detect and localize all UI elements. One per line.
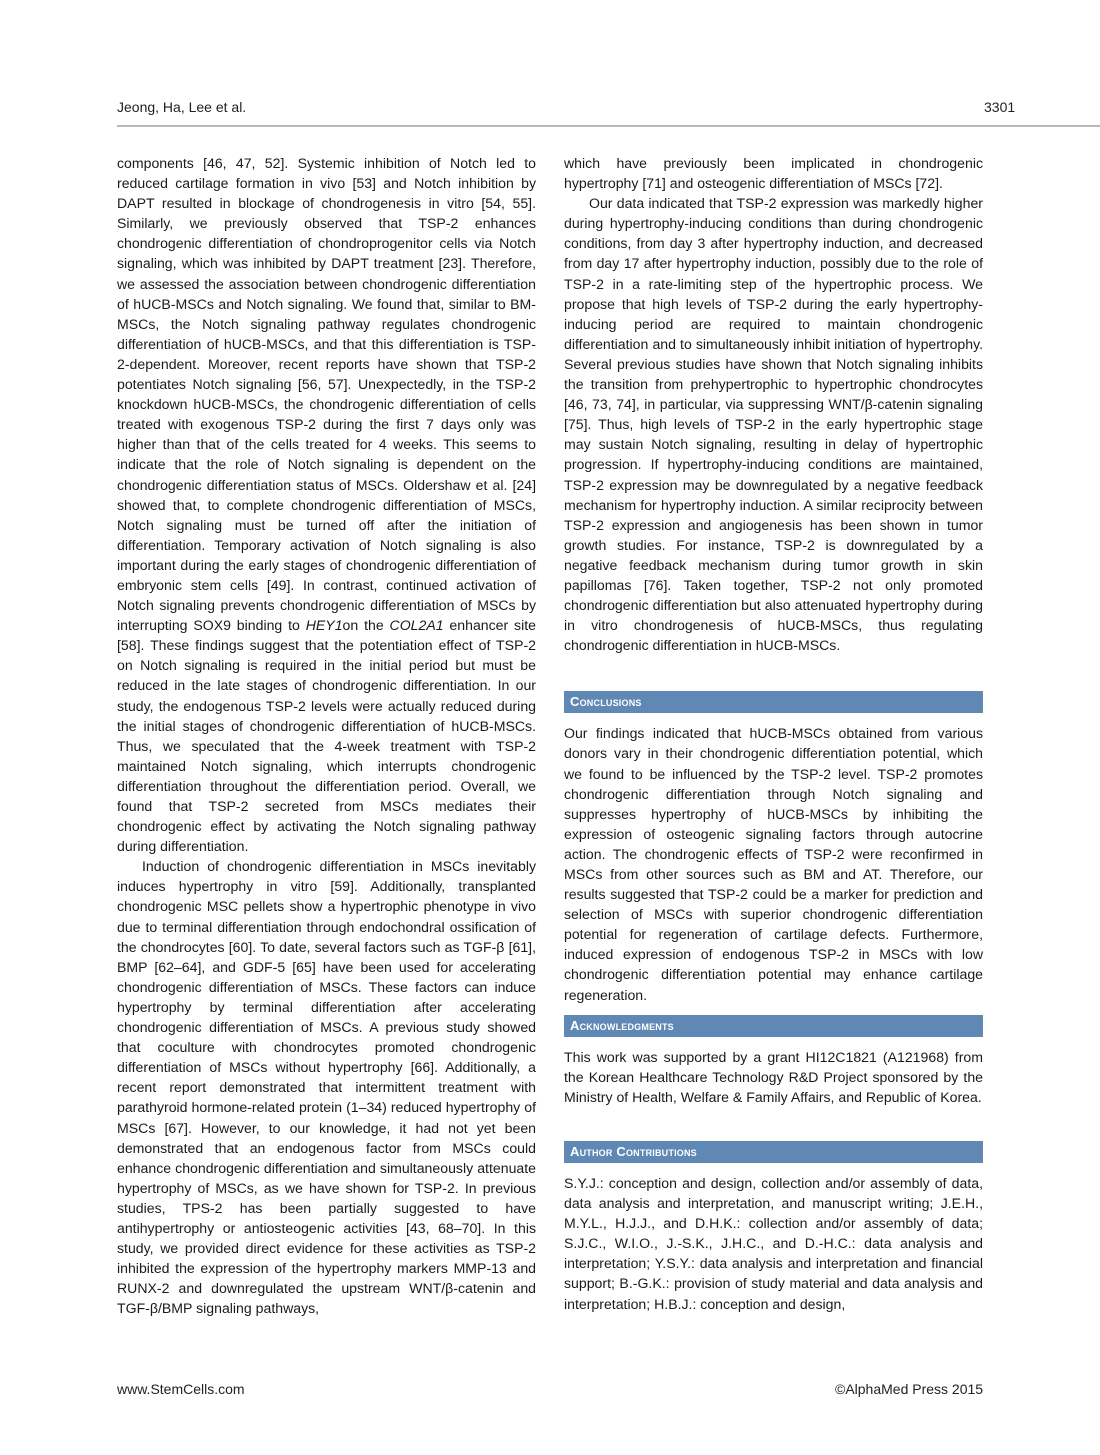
author-contributions-paragraph: S.Y.J.: conception and design, collectio… [564,1173,983,1314]
footer-copyright: ©AlphaMed Press 2015 [835,1381,983,1397]
paragraph-text: components [46, 47, 52]. Systemic inhibi… [117,155,536,633]
section-heading-acknowledgments: Acknowledgments [564,1015,983,1037]
acknowledgments-paragraph: This work was supported by a grant HI12C… [564,1047,983,1107]
body-paragraph: Our data indicated that TSP-2 expression… [564,193,983,655]
running-header: Jeong, Ha, Lee et al. 3301 [117,97,1100,127]
paragraph-text: enhancer site [58]. These findings sugge… [117,617,536,854]
running-header-authors: Jeong, Ha, Lee et al. [117,99,246,115]
page-number: 3301 [984,99,1015,115]
gene-name: COL2A1 [390,617,444,633]
gene-name: HEY1 [306,617,343,633]
paragraph-text: on the [343,617,390,633]
body-paragraph: which have previously been implicated in… [564,153,983,193]
body-paragraph: Induction of chondrogenic differentiatio… [117,856,536,1318]
right-column: which have previously been implicated in… [564,153,983,1314]
section-heading-author-contributions: Author Contributions [564,1141,983,1163]
left-column: components [46, 47, 52]. Systemic inhibi… [117,153,536,1318]
conclusions-paragraph: Our findings indicated that hUCB-MSCs ob… [564,723,983,1004]
section-heading-conclusions: Conclusions [564,691,983,713]
body-paragraph: components [46, 47, 52]. Systemic inhibi… [117,153,536,856]
footer-website-link[interactable]: www.StemCells.com [117,1381,245,1397]
